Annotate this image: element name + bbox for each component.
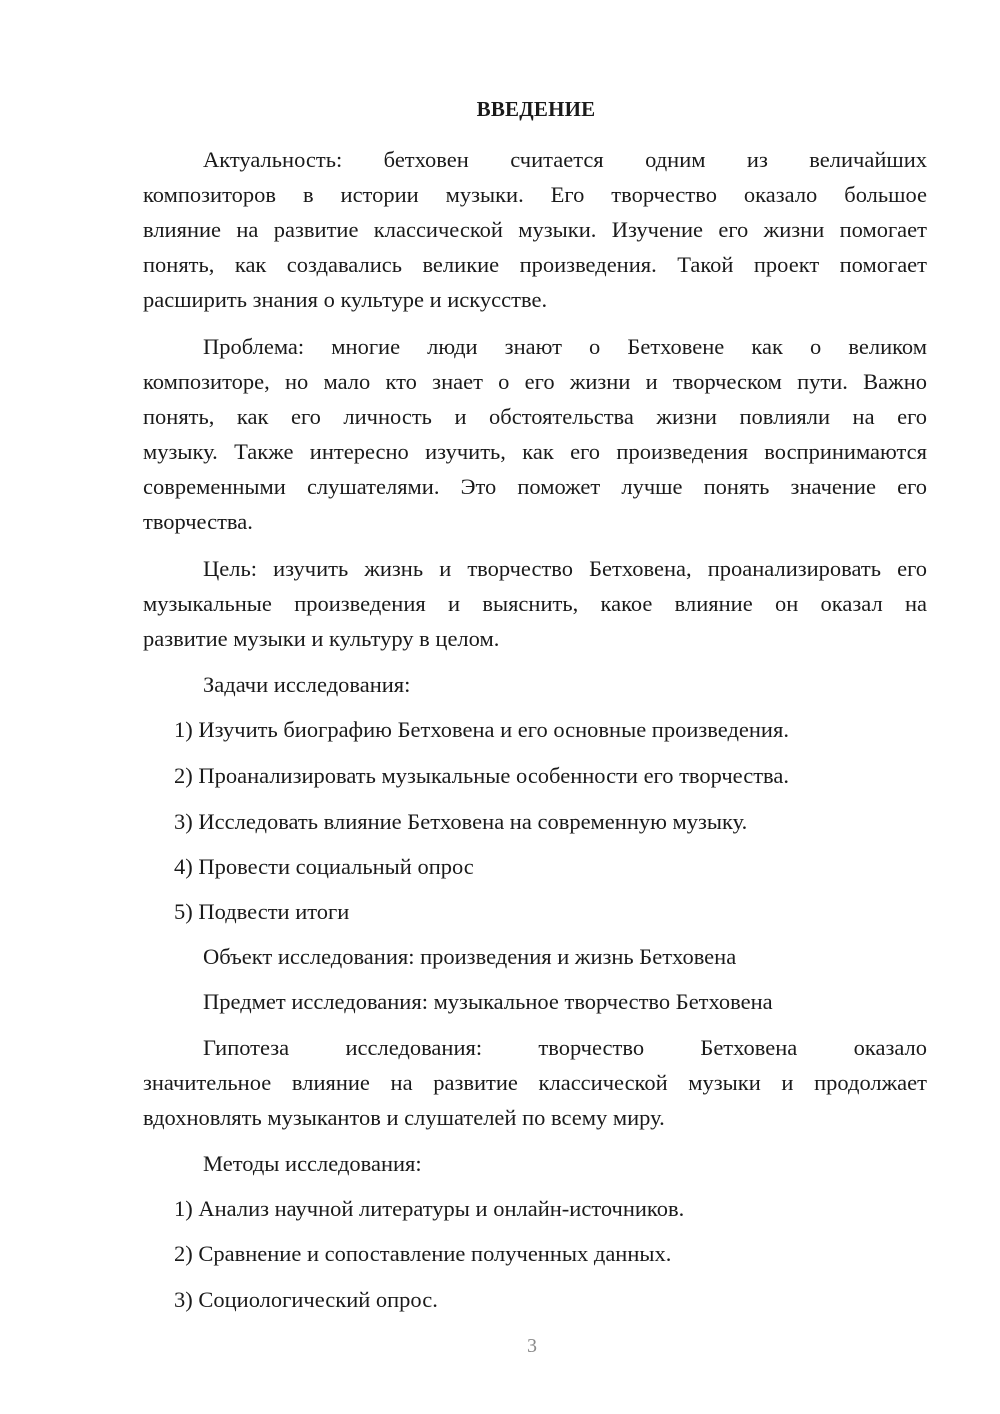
method-item: 2) Сравнение и сопоставление полученных … xyxy=(174,1241,671,1267)
paragraph-problem-line: понять, как его личность и обстоятельств… xyxy=(143,404,927,430)
paragraph-goal-line: музыкальные произведения и выяснить, как… xyxy=(143,591,927,617)
paragraph-problem-line: композиторе, но мало кто знает о его жиз… xyxy=(143,369,927,395)
section-heading: ВВЕДЕНИЕ xyxy=(0,97,1000,122)
paragraph-problem-line: музыку. Также интересно изучить, как его… xyxy=(143,439,927,465)
task-item: 3) Исследовать влияние Бетховена на совр… xyxy=(174,809,747,835)
page-number: 3 xyxy=(527,1335,537,1358)
paragraph-problem-line: Проблема: многие люди знают о Бетховене … xyxy=(203,334,927,360)
method-item: 1) Анализ научной литературы и онлайн-ис… xyxy=(174,1196,684,1222)
hypothesis-line: значительное влияние на развитие классич… xyxy=(143,1070,927,1096)
hypothesis-line: вдохновлять музыкантов и слушателей по в… xyxy=(143,1105,665,1131)
hypothesis-line: Гипотеза исследования: творчество Бетхов… xyxy=(203,1035,927,1061)
paragraph-relevance-line: расширить знания о культуре и искусстве. xyxy=(143,287,547,313)
task-item: 2) Проанализировать музыкальные особенно… xyxy=(174,763,789,789)
task-item: 5) Подвести итоги xyxy=(174,899,349,925)
research-subject: Предмет исследования: музыкальное творче… xyxy=(203,989,773,1015)
research-object: Объект исследования: произведения и жизн… xyxy=(203,944,736,970)
method-item: 3) Социологический опрос. xyxy=(174,1287,438,1313)
paragraph-goal-line: развитие музыки и культуру в целом. xyxy=(143,626,499,652)
tasks-title: Задачи исследования: xyxy=(203,672,410,698)
task-item: 4) Провести социальный опрос xyxy=(174,854,474,880)
methods-title: Методы исследования: xyxy=(203,1151,422,1177)
task-item: 1) Изучить биографию Бетховена и его осн… xyxy=(174,717,789,743)
paragraph-problem-line: творчества. xyxy=(143,509,253,535)
paragraph-relevance-line: Актуальность: бетховен считается одним и… xyxy=(203,147,927,173)
paragraph-goal-line: Цель: изучить жизнь и творчество Бетхове… xyxy=(203,556,927,582)
document-page: ВВЕДЕНИЕ Актуальность: бетховен считаетс… xyxy=(0,0,1000,1414)
paragraph-problem-line: современными слушателями. Это поможет лу… xyxy=(143,474,927,500)
paragraph-relevance-line: влияние на развитие классической музыки.… xyxy=(143,217,927,243)
paragraph-relevance-line: композиторов в истории музыки. Его творч… xyxy=(143,182,927,208)
paragraph-relevance-line: понять, как создавались великие произвед… xyxy=(143,252,927,278)
